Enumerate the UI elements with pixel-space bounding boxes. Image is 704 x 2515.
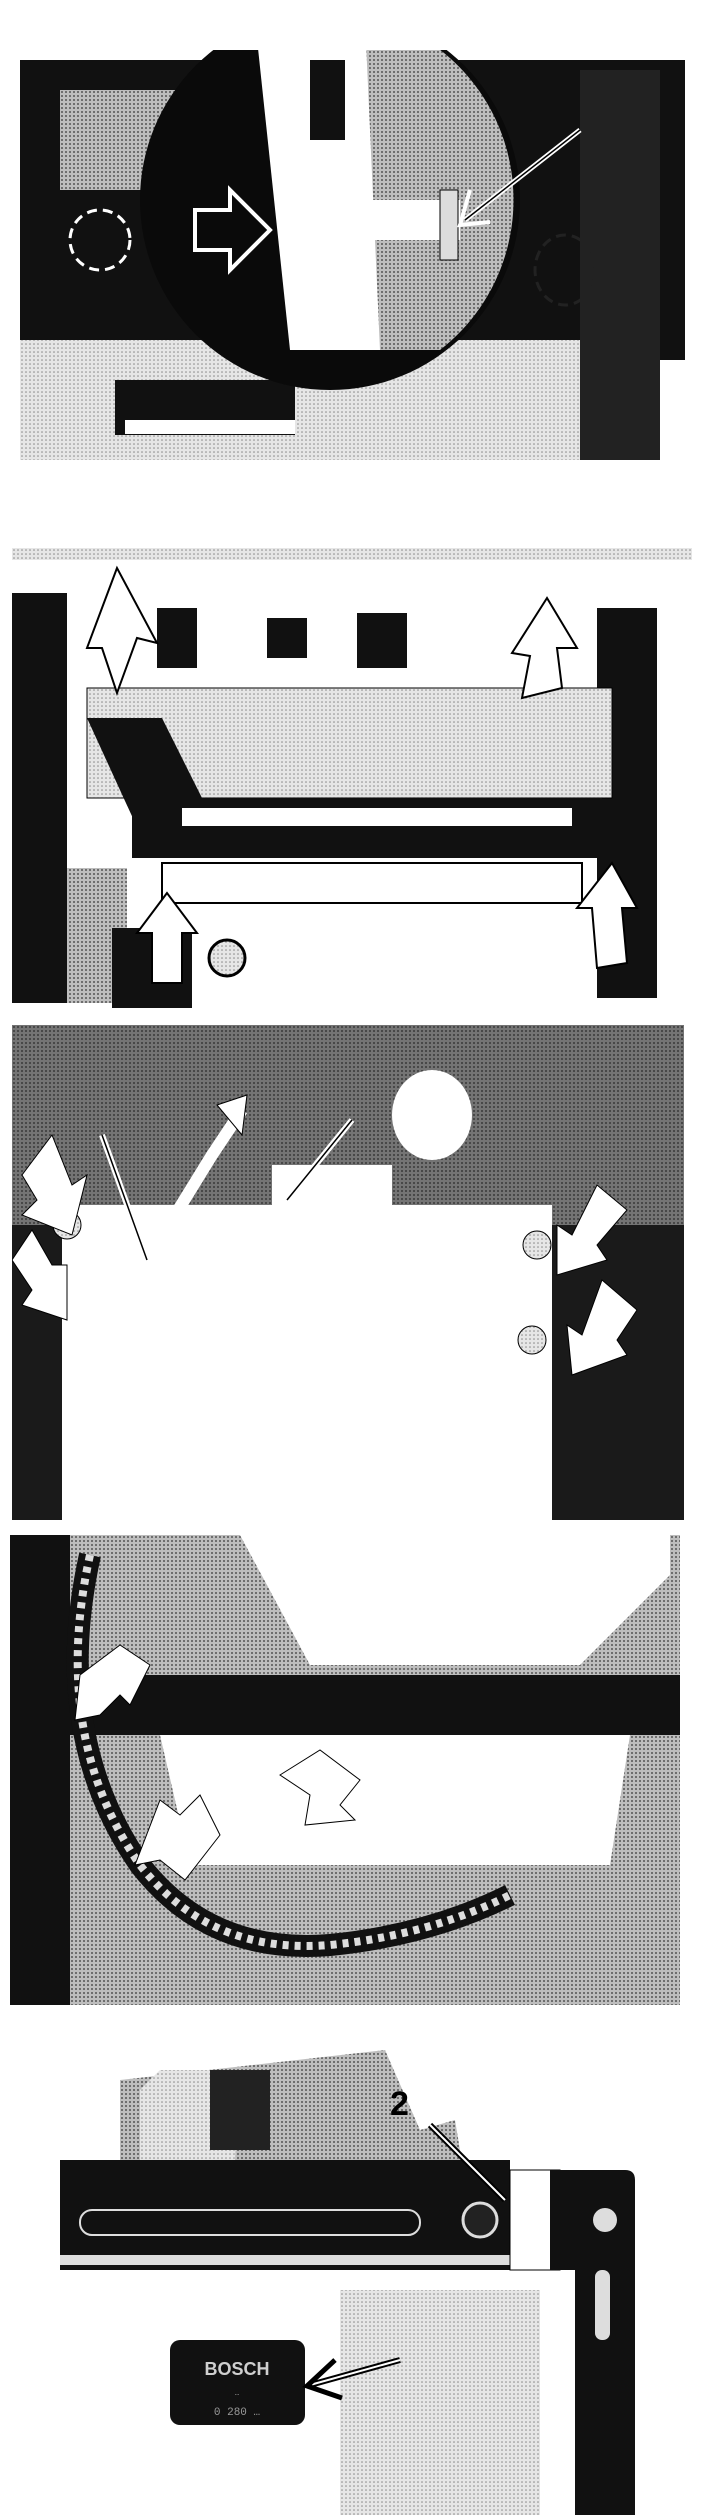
figure-photo-4 xyxy=(10,1535,680,2005)
photo-1-illustration xyxy=(20,50,685,470)
label-brand: BOSCH xyxy=(204,2359,269,2379)
label-part-number: 0 280 … xyxy=(214,2407,260,2419)
figure-photo-1 xyxy=(20,50,685,470)
label-line2: … xyxy=(235,2389,240,2398)
photo-5-illustration: BOSCH … 0 280 … 2 xyxy=(60,2040,695,2515)
callout-number: 2 xyxy=(390,2085,409,2123)
photo-2-illustration xyxy=(12,508,692,1008)
figure-photo-3 xyxy=(12,1025,684,1520)
photo-3-illustration xyxy=(12,1025,684,1520)
figure-photo-5: BOSCH … 0 280 … 2 xyxy=(60,2040,695,2515)
photo-4-illustration xyxy=(10,1535,680,2005)
figure-photo-2 xyxy=(12,508,692,1008)
